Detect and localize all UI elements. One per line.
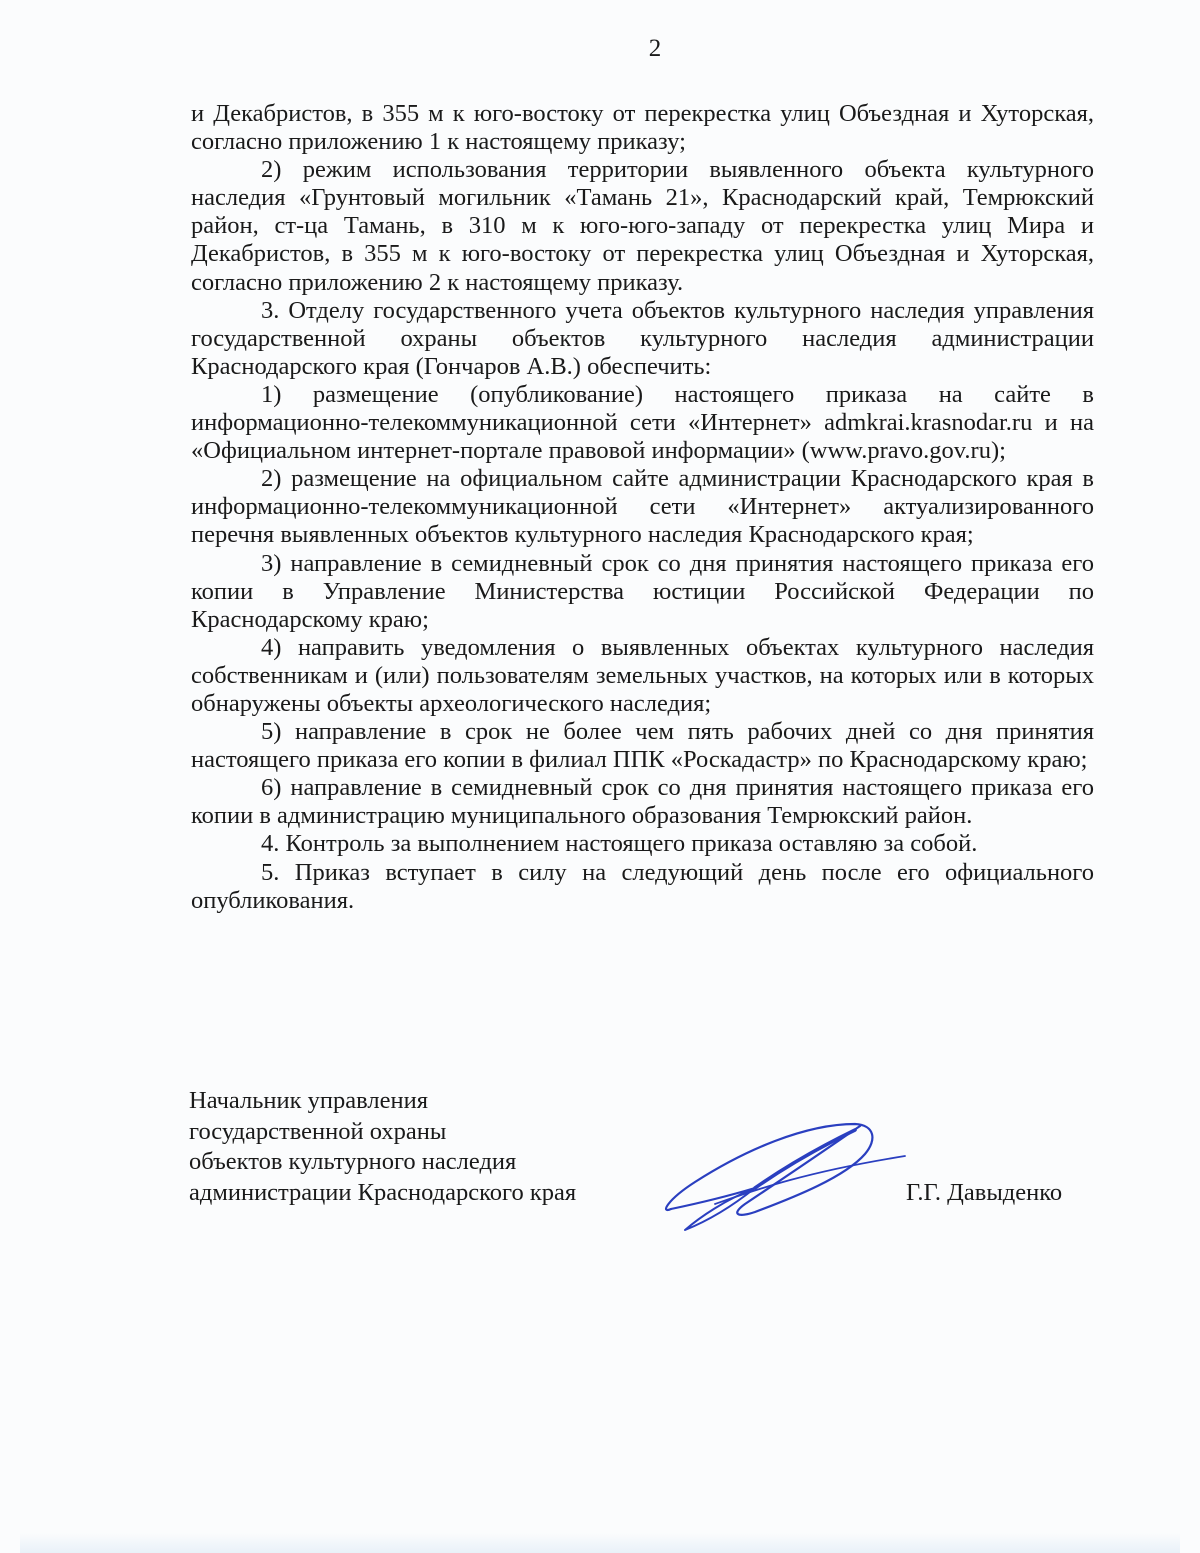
position-line: Начальник управления bbox=[189, 1086, 576, 1117]
paragraph-item-2-regime: 2) режим использования территории выявле… bbox=[191, 156, 1094, 296]
scan-edge-artifact bbox=[20, 1533, 1180, 1553]
paragraph-item-3-3: 3) направление в семидневный срок со дня… bbox=[191, 550, 1094, 634]
signer-name: Г.Г. Давыденко bbox=[906, 1178, 1062, 1208]
paragraph-section-5: 5. Приказ вступает в силу на следующий д… bbox=[191, 859, 1094, 915]
position-line: государственной охраны bbox=[189, 1117, 576, 1148]
paragraph-section-4: 4. Контроль за выполнением настоящего пр… bbox=[191, 830, 1094, 858]
paragraph-item-3-5: 5) направление в срок не более чем пять … bbox=[191, 718, 1094, 774]
signatory-position: Начальник управления государственной охр… bbox=[189, 1086, 576, 1208]
paragraph-item-3-6: 6) направление в семидневный срок со дня… bbox=[191, 774, 1094, 830]
handwritten-signature-icon bbox=[655, 1112, 915, 1242]
paragraph-continuation: и Декабристов, в 355 м к юго-востоку от … bbox=[191, 100, 1094, 156]
page-number: 2 bbox=[0, 34, 1200, 64]
paragraph-item-3-1: 1) размещение (опубликование) настоящего… bbox=[191, 381, 1094, 465]
paragraph-item-3-4: 4) направить уведомления о выявленных об… bbox=[191, 634, 1094, 718]
position-line: объектов культурного наследия bbox=[189, 1147, 576, 1178]
paragraph-section-3: 3. Отделу государственного учета объекто… bbox=[191, 297, 1094, 381]
document-body: и Декабристов, в 355 м к юго-востоку от … bbox=[191, 100, 1094, 915]
position-line: администрации Краснодарского края bbox=[189, 1178, 576, 1209]
paragraph-item-3-2: 2) размещение на официальном сайте админ… bbox=[191, 465, 1094, 549]
